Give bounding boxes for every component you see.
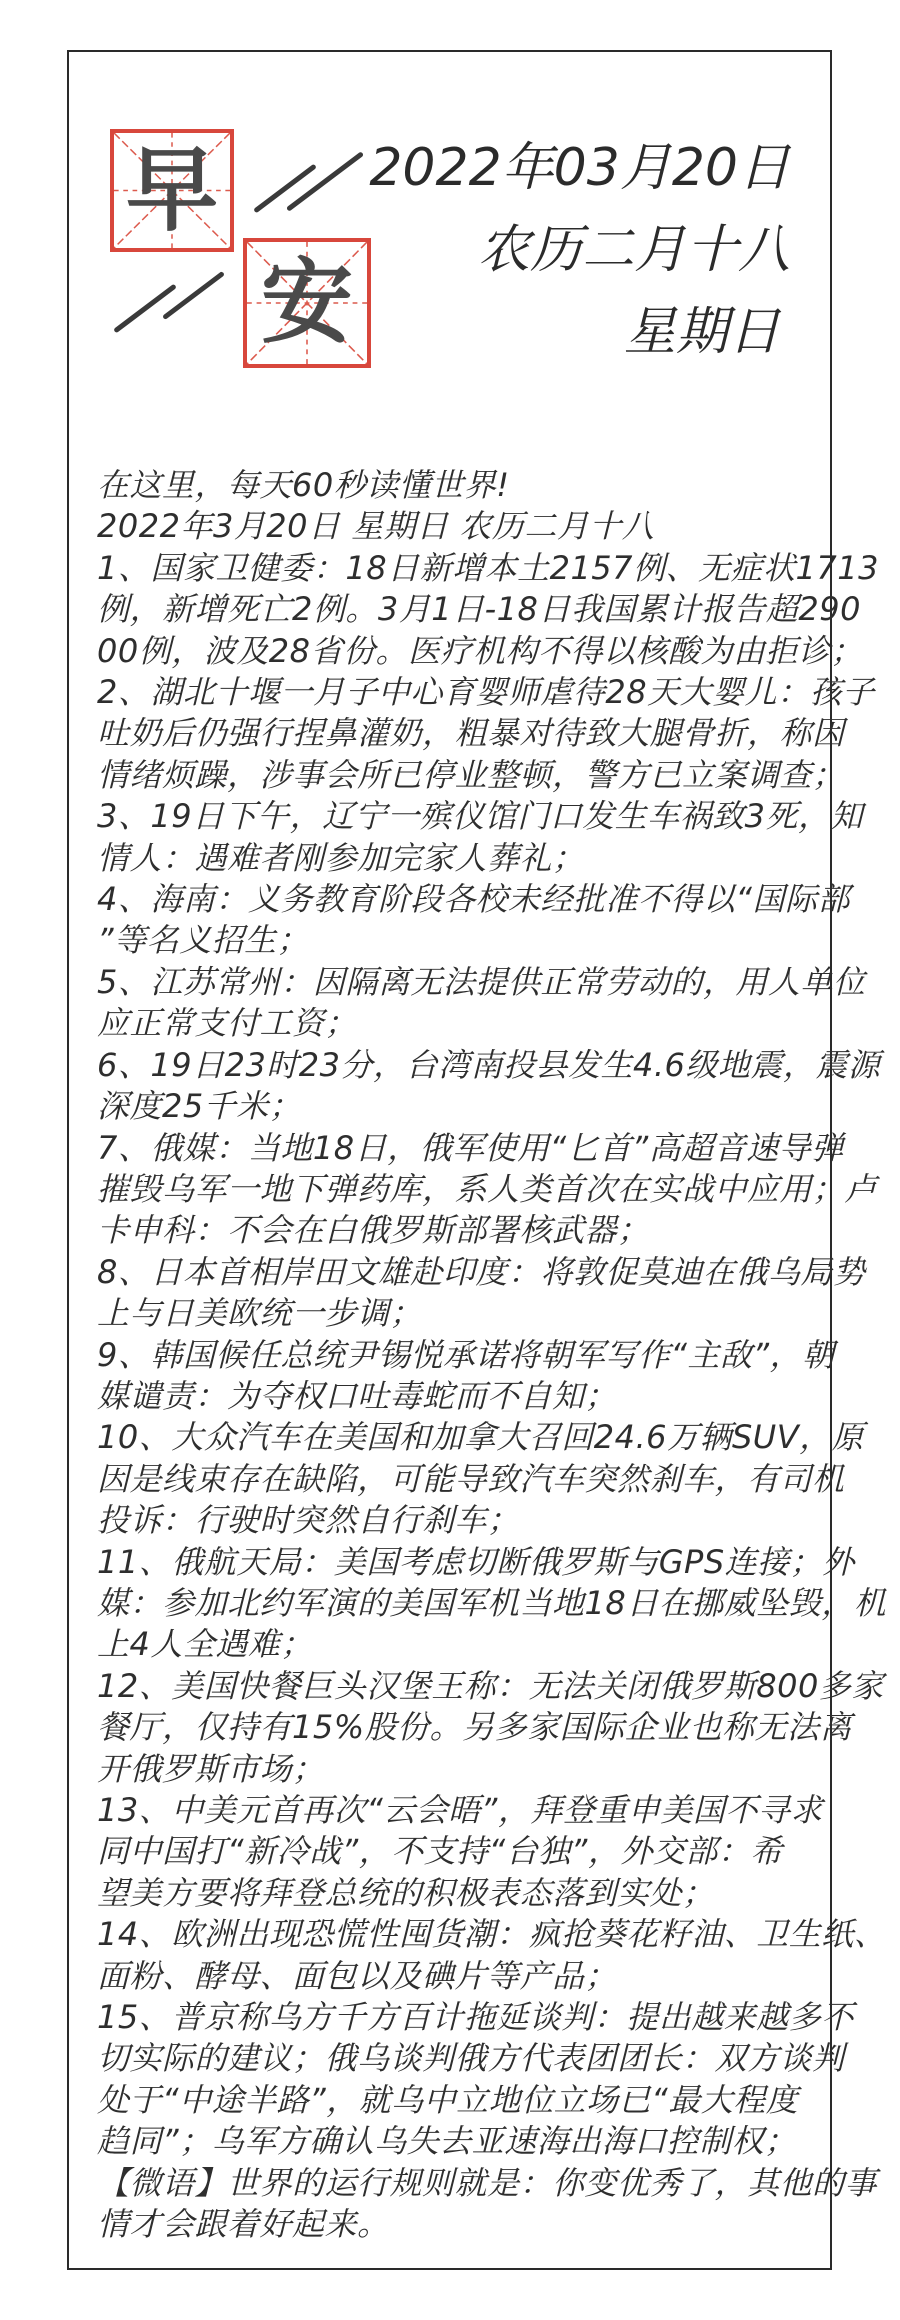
text-line: 媒谴责：为夺权口吐毒蛇而不自知；	[97, 1376, 815, 1417]
text-line: 投诉：行驶时突然自行刹车；	[97, 1500, 815, 1541]
text-line: 望美方要将拜登总统的积极表态落到实处；	[97, 1873, 815, 1914]
text-line: 卡申科：不会在白俄罗斯部署核武器；	[97, 1210, 815, 1251]
date-gregorian: 2022年03月20日	[369, 140, 790, 196]
text-line: 9、韩国候任总统尹锡悦承诺将朝军写作“主敌”，朝	[97, 1335, 815, 1376]
date-block: 2022年03月20日 农历二月十八 星期日	[369, 140, 790, 386]
text-line: 处于“中途半路”，就乌中立地位立场已“最大程度	[97, 2080, 815, 2121]
text-line: 同中国打“新冷战”，不支持“台独”，外交部：希	[97, 1831, 815, 1872]
slash-decoration-icon	[253, 164, 317, 214]
text-line: 15、普京称乌方千方百计拖延谈判：提出越来越多不	[97, 1997, 815, 2038]
text-line: 1、国家卫健委：18日新增本土2157例、无症状1713	[97, 548, 815, 589]
text-line: 上4人全遇难；	[97, 1624, 815, 1665]
text-line: 情才会跟着好起来。	[97, 2204, 815, 2245]
slash-decoration-icon	[113, 284, 177, 334]
slash-decoration-icon	[162, 271, 225, 320]
text-line: 11、俄航天局：美国考虑切断俄罗斯与GPS连接；外	[97, 1542, 815, 1583]
logo-char-zao: 早	[114, 133, 230, 248]
text-line: 情绪烦躁，涉事会所已停业整顿，警方已立案调查；	[97, 755, 815, 796]
text-line: 餐厅，仅持有15%股份。另多家国际企业也称无法离	[97, 1707, 815, 1748]
text-line: 媒：参加北约军演的美国军机当地18日在挪威坠毁，机	[97, 1583, 815, 1624]
logo-char-an: 安	[247, 242, 367, 364]
page: { "logo": { "char_zao": "早", "char_an": …	[0, 0, 900, 2320]
text-line: 吐奶后仍强行捏鼻灌奶，粗暴对待致大腿骨折，称因	[97, 713, 815, 754]
logo-box-an: 安	[243, 238, 371, 368]
text-line: 面粉、酵母、面包以及碘片等产品；	[97, 1956, 815, 1997]
text-line: 情人：遇难者刚参加完家人葬礼；	[97, 838, 815, 879]
text-line: 14、欧洲出现恐慌性囤货潮：疯抢葵花籽油、卫生纸、	[97, 1914, 815, 1955]
text-line: 开俄罗斯市场；	[97, 1749, 815, 1790]
news-body-text: 在这里，每天60秒读懂世界!2022年3月20日 星期日 农历二月十八1、国家卫…	[97, 465, 815, 2245]
logo-box-zao: 早	[110, 129, 234, 252]
text-line: 00例，波及28省份。医疗机构不得以核酸为由拒诊；	[97, 631, 815, 672]
text-line: 摧毁乌军一地下弹药库，系人类首次在实战中应用；卢	[97, 1169, 815, 1210]
text-line: 在这里，每天60秒读懂世界!	[97, 465, 815, 506]
date-lunar: 农历二月十八	[369, 222, 790, 278]
text-line: 10、大众汽车在美国和加拿大召回24.6万辆SUV，原	[97, 1417, 815, 1458]
text-line: 【微语】世界的运行规则就是：你变优秀了，其他的事	[97, 2163, 815, 2204]
date-weekday: 星期日	[369, 304, 790, 360]
text-line: 7、俄媒：当地18日，俄军使用“匕首”高超音速导弹	[97, 1128, 815, 1169]
text-line: 4、海南：义务教育阶段各校未经批准不得以“国际部	[97, 879, 815, 920]
text-line: 5、江苏常州：因隔离无法提供正常劳动的，用人单位	[97, 962, 815, 1003]
text-line: 应正常支付工资；	[97, 1003, 815, 1044]
text-line: 3、19日下午，辽宁一殡仪馆门口发生车祸致3死，知	[97, 796, 815, 837]
text-line: 深度25千米；	[97, 1086, 815, 1127]
text-line: 6、19日23时23分，台湾南投县发生4.6级地震，震源	[97, 1045, 815, 1086]
text-line: 切实际的建议；俄乌谈判俄方代表团团长：双方谈判	[97, 2038, 815, 2079]
text-line: 2022年3月20日 星期日 农历二月十八	[97, 506, 815, 547]
text-line: 13、中美元首再次“云会晤”，拜登重申美国不寻求	[97, 1790, 815, 1831]
text-line: 上与日美欧统一步调；	[97, 1293, 815, 1334]
text-line: ”等名义招生；	[97, 920, 815, 961]
news-card: 早 安 2022年03月20日 农历二月十八 星期日 在这里，每天60秒读懂世界…	[67, 50, 832, 2270]
text-line: 2、湖北十堰一月子中心育婴师虐待28天大婴儿：孩子	[97, 672, 815, 713]
text-line: 8、日本首相岸田文雄赴印度：将敦促莫迪在俄乌局势	[97, 1252, 815, 1293]
text-line: 因是线束存在缺陷，可能导致汽车突然刹车，有司机	[97, 1459, 815, 1500]
text-line: 趋同”；乌军方确认乌失去亚速海出海口控制权；	[97, 2121, 815, 2162]
text-line: 例，新增死亡2例。3月1日-18日我国累计报告超290	[97, 589, 815, 630]
text-line: 12、美国快餐巨头汉堡王称：无法关闭俄罗斯800多家	[97, 1666, 815, 1707]
